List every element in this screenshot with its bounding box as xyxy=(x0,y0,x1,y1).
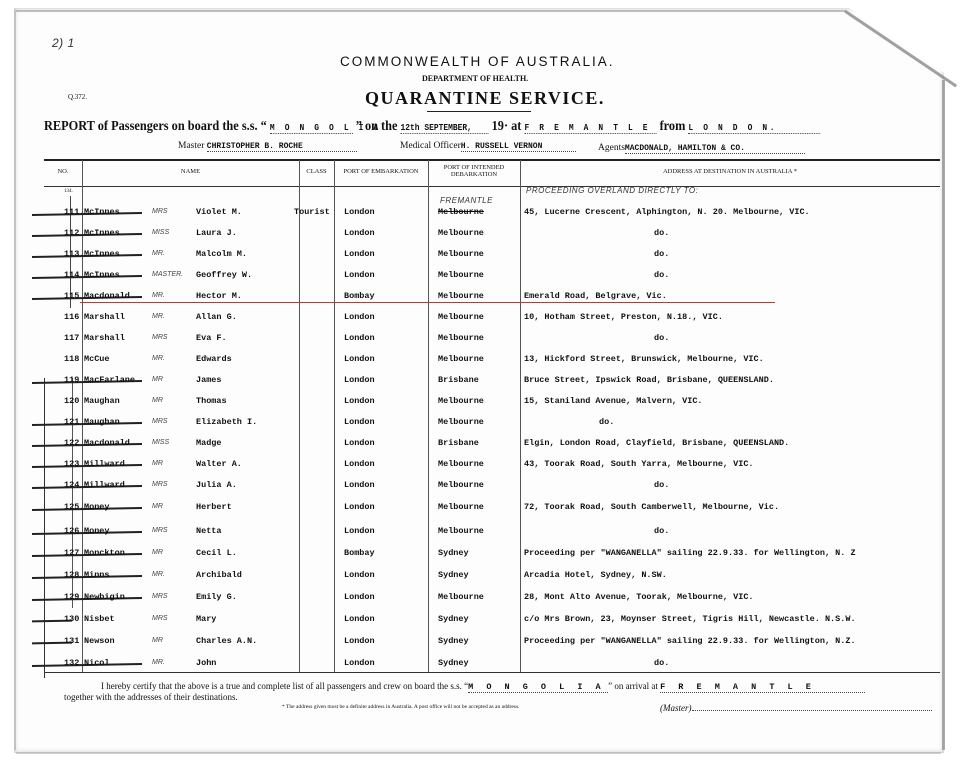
table-row: 115MacdonaldMR.Hector M.BombayMelbourneE… xyxy=(44,287,940,308)
table-bottom-rule xyxy=(44,672,940,673)
agents-line: AgentsMACDONALD, HAMILTON & CO. xyxy=(598,143,805,154)
destination-address: Arcadia Hotel, Sydney, N.SW. xyxy=(524,570,667,580)
certification-ship: M O N G O L I A xyxy=(468,682,608,693)
table-row: 124MillwardMRSJulia A.LondonMelbournedo. xyxy=(44,476,940,497)
table-row: 121MaughanMRSElizabeth I.LondonMelbourne… xyxy=(44,413,940,434)
passenger-given-name: Julia A. xyxy=(196,480,237,490)
passenger-no: 121 xyxy=(64,417,79,427)
passenger-given-name: Netta xyxy=(196,526,222,536)
table-row: 131NewsonMRCharles A.N.LondonSydneyProce… xyxy=(44,632,940,653)
passenger-given-name: Elizabeth I. xyxy=(196,417,257,427)
passenger-given-name: Mary xyxy=(196,614,216,624)
passenger-given-name: Emily G. xyxy=(196,592,237,602)
report-on-the: ” on the xyxy=(356,119,398,134)
port-debarkation: Melbourne xyxy=(438,459,484,469)
port-debarkation: Melbourne xyxy=(438,333,484,343)
port-debarkation: Melbourne xyxy=(438,592,484,602)
port-debarkation: Melbourne xyxy=(438,249,484,259)
destination-address: 43, Toorak Road, South Yarra, Melbourne,… xyxy=(524,459,754,469)
destination-address: do. xyxy=(654,228,669,238)
passenger-given-name: Edwards xyxy=(196,354,232,364)
port-embarkation: London xyxy=(344,658,375,668)
passenger-surname: Money xyxy=(84,526,110,536)
passenger-no: 127 xyxy=(64,548,79,558)
destination-address: Proceeding per "WANGANELLA" sailing 22.9… xyxy=(524,636,856,646)
port-debarkation: Sydney xyxy=(438,570,469,580)
passenger-given-name: Hector M. xyxy=(196,291,242,301)
port-debarkation: Melbourne xyxy=(438,312,484,322)
passenger-surname: Nisbet xyxy=(84,614,115,624)
ship-name: M O N G O L I A xyxy=(270,123,353,134)
certification-text: I hereby certify that the above is a tru… xyxy=(101,681,468,691)
destination-address: 13, Hickford Street, Brunswick, Melbourn… xyxy=(524,354,764,364)
medical-officer-line: Medical OfficerH. RUSSELL VERNON xyxy=(400,141,576,152)
passenger-given-name: Walter A. xyxy=(196,459,242,469)
passenger-surname: Macdonald xyxy=(84,438,130,448)
table-row: 130NisbetMRSMaryLondonSydneyc/o Mrs Brow… xyxy=(44,610,940,631)
passenger-no: 111. xyxy=(64,207,84,217)
passenger-surname: Nicol xyxy=(84,658,110,668)
header-debarkation: PORT OF INTENDED DEBARKATION xyxy=(432,164,516,178)
port-embarkation: London xyxy=(344,249,375,259)
passenger-surname: Newson xyxy=(84,636,115,646)
passenger-no: 120 xyxy=(64,396,79,406)
table-row: 117MarshallMRSEva F.LondonMelbournedo. xyxy=(44,329,940,350)
passenger-no: 123 xyxy=(64,459,79,469)
page-edge-top xyxy=(16,10,846,12)
passenger-no: 125. xyxy=(64,502,84,512)
passenger-title: MRS xyxy=(152,527,168,534)
passenger-surname: Millward xyxy=(84,459,125,469)
report-from: from xyxy=(660,119,686,134)
port-debarkation: Melbourne xyxy=(438,228,484,238)
passenger-title: MRS xyxy=(152,418,168,425)
destination-address: do. xyxy=(654,526,669,536)
address-footnote: * The address given must be a definite a… xyxy=(282,704,519,710)
passenger-no: 124 xyxy=(64,480,79,490)
destination-address: 72, Toorak Road, South Camberwell, Melbo… xyxy=(524,502,779,512)
passenger-surname: Maughan xyxy=(84,417,120,427)
department-label: DEPARTMENT OF HEALTH. xyxy=(422,74,528,83)
passenger-title: MRS xyxy=(152,334,168,341)
title-commonwealth: COMMONWEALTH OF AUSTRALIA. xyxy=(340,54,615,69)
passenger-given-name: Herbert xyxy=(196,502,232,512)
passenger-surname: McCue xyxy=(84,354,110,364)
master-signature-line: (Master) xyxy=(660,703,932,713)
destination-address: Elgin, London Road, Clayfield, Brisbane,… xyxy=(524,438,789,448)
table-row: 116MarshallMR.Allan G.LondonMelbourne10,… xyxy=(44,308,940,329)
passenger-no: 128 xyxy=(64,570,79,580)
header-no: NO. xyxy=(44,168,82,175)
header-class: CLASS xyxy=(299,168,334,175)
passenger-surname: Money xyxy=(84,502,110,512)
passenger-no: 132 xyxy=(64,658,79,668)
arrival-port: F R E M A N T L E xyxy=(524,123,656,134)
port-debarkation: Melbourne xyxy=(438,291,484,301)
table-row: 111.McInnesMRSViolet M.TouristLondonMelb… xyxy=(44,203,940,224)
passenger-surname: McInnes xyxy=(84,228,120,238)
passenger-surname: Newbigin xyxy=(84,592,125,602)
port-embarkation: London xyxy=(344,480,375,490)
medical-officer-label: Medical Officer xyxy=(400,141,461,151)
port-embarkation: London xyxy=(344,354,375,364)
destination-address: do. xyxy=(654,270,669,280)
table-row: 123MillwardMRWalter A.LondonMelbourne43,… xyxy=(44,455,940,476)
port-debarkation: Sydney xyxy=(438,548,469,558)
master-name: CHRISTOPHER B. ROCHE xyxy=(207,142,357,152)
destination-address: 28, Mont Alto Avenue, Toorak, Melbourne,… xyxy=(524,592,754,602)
table-row: 122MacdonaldMISSMadgeLondonBrisbaneElgin… xyxy=(44,434,940,455)
master-signature-label: (Master) xyxy=(660,703,692,713)
passenger-given-name: Eva F. xyxy=(196,333,227,343)
table-header-rule xyxy=(44,186,940,187)
port-debarkation: Sydney xyxy=(438,658,469,668)
page-edge-left xyxy=(14,10,16,750)
port-embarkation: London xyxy=(344,396,375,406)
report-date: 12th SEPTEMBER, xyxy=(401,123,489,134)
passenger-title: MASTER. xyxy=(152,271,183,278)
table-top-rule xyxy=(44,159,940,161)
passenger-no: 122 xyxy=(64,438,79,448)
passenger-surname: McInnes xyxy=(84,207,120,217)
port-debarkation: Melbourne xyxy=(438,270,484,280)
passenger-given-name: Madge xyxy=(196,438,222,448)
passenger-title: MR. xyxy=(152,313,165,320)
port-embarkation: Bombay xyxy=(344,548,375,558)
passenger-title: MRS xyxy=(152,481,168,488)
passenger-title: MR xyxy=(152,376,163,383)
passenger-title: MR xyxy=(152,637,163,644)
passenger-no: 113. xyxy=(64,249,84,259)
port-debarkation: Melbourne xyxy=(438,480,484,490)
page-edge-bottom xyxy=(16,752,941,754)
port-embarkation: London xyxy=(344,375,375,385)
report-year: 19· xyxy=(492,119,508,134)
passenger-no: 131 xyxy=(64,636,79,646)
port-embarkation: London xyxy=(344,333,375,343)
title-rule xyxy=(427,111,531,112)
passenger-no: 114 xyxy=(64,270,79,280)
passenger-given-name: Cecil L. xyxy=(196,548,237,558)
passenger-title: MR. xyxy=(152,250,165,257)
master-label: Master xyxy=(178,141,204,151)
passenger-given-name: Allan G. xyxy=(196,312,237,322)
form-code: Q.372. xyxy=(68,93,87,101)
table-row: 112McInnesMISSLaura J.LondonMelbournedo. xyxy=(44,224,940,245)
passenger-title: MRS xyxy=(152,593,168,600)
table-row: 125.MoneyMRHerbertLondonMelbourne72, Too… xyxy=(44,498,940,519)
passenger-surname: Monckton xyxy=(84,548,125,558)
passenger-surname: McInnes xyxy=(84,249,120,259)
passenger-title: MR. xyxy=(152,292,165,299)
table-row: 120MaughanMRThomasLondonMelbourne15, Sta… xyxy=(44,392,940,413)
passenger-surname: Macdonald xyxy=(84,291,130,301)
passenger-class: Tourist xyxy=(294,207,330,217)
passenger-title: MRS xyxy=(152,208,168,215)
port-embarkation: London xyxy=(344,438,375,448)
master-line: Master CHRISTOPHER B. ROCHE xyxy=(178,141,357,152)
table-row: 119MacFarlaneMRJamesLondonBrisbaneBruce … xyxy=(44,371,940,392)
port-embarkation: London xyxy=(344,526,375,536)
passenger-given-name: Archibald xyxy=(196,570,242,580)
passenger-given-name: John xyxy=(196,658,216,668)
passenger-surname: Millward xyxy=(84,480,125,490)
master-signature-field xyxy=(692,710,932,711)
sheet-number: 134. xyxy=(64,189,73,194)
passenger-no: 116 xyxy=(64,312,79,322)
margin-annotation: 2) 1 xyxy=(52,36,75,50)
port-debarkation: Sydney xyxy=(438,614,469,624)
port-embarkation: London xyxy=(344,614,375,624)
passenger-given-name: Geoffrey W. xyxy=(196,270,252,280)
table-row: 128MinnsMR.ArchibaldLondonSydneyArcadia … xyxy=(44,566,940,587)
passenger-title: MR. xyxy=(152,571,165,578)
passenger-no: 115 xyxy=(64,291,79,301)
table-row: 118McCueMR.EdwardsLondonMelbourne13, Hic… xyxy=(44,350,940,371)
passenger-given-name: James xyxy=(196,375,222,385)
certification-line-2: together with the addresses of their des… xyxy=(64,692,238,702)
certification-on-arrival: ” on arrival at xyxy=(608,681,658,691)
destination-address: do. xyxy=(599,417,614,427)
port-embarkation: London xyxy=(344,592,375,602)
header-embarkation: PORT OF EMBARKATION xyxy=(334,168,428,175)
port-debarkation: Melbourne xyxy=(438,207,484,217)
passenger-title: MRS xyxy=(152,615,168,622)
passenger-title: MR xyxy=(152,397,163,404)
destination-address: do. xyxy=(654,333,669,343)
passenger-title: MISS xyxy=(152,439,169,446)
port-debarkation: Brisbane xyxy=(438,375,479,385)
port-embarkation: London xyxy=(344,417,375,427)
passenger-title: MR. xyxy=(152,659,165,666)
passenger-no: 129 xyxy=(64,592,79,602)
handwritten-overland-note: PROCEEDING OVERLAND DIRECTLY TO: xyxy=(526,186,698,195)
destination-address: do. xyxy=(654,658,669,668)
passenger-title: MISS xyxy=(152,229,169,236)
passenger-title: MR xyxy=(152,460,163,467)
header-address: ADDRESS AT DESTINATION IN AUSTRALIA * xyxy=(520,168,940,175)
passenger-surname: Marshall xyxy=(84,333,125,343)
table-row: 129NewbiginMRSEmily G.LondonMelbourne28,… xyxy=(44,588,940,609)
page-title: QUARANTINE SERVICE. xyxy=(365,88,605,109)
table-row: 114McInnesMASTER.Geoffrey W.LondonMelbou… xyxy=(44,266,940,287)
passenger-no: 118 xyxy=(64,354,79,364)
destination-address: Proceeding per "WANGANELLA" sailing 22.9… xyxy=(524,548,856,558)
destination-address: 15, Staniland Avenue, Malvern, VIC. xyxy=(524,396,703,406)
port-debarkation: Melbourne xyxy=(438,526,484,536)
port-embarkation: London xyxy=(344,502,375,512)
certification-port: F R E M A N T L E xyxy=(660,682,865,693)
destination-address: 45, Lucerne Crescent, Alphington, N. 20.… xyxy=(524,207,810,217)
port-embarkation: London xyxy=(344,270,375,280)
passenger-no: 119 xyxy=(64,375,79,385)
port-debarkation: Melbourne xyxy=(438,354,484,364)
port-embarkation: Bombay xyxy=(344,291,375,301)
port-debarkation: Sydney xyxy=(438,636,469,646)
passenger-given-name: Malcolm M. xyxy=(196,249,247,259)
table-row: 127MoncktonMRCecil L.BombaySydneyProceed… xyxy=(44,544,940,565)
medical-officer-name: H. RUSSELL VERNON xyxy=(461,142,576,152)
port-embarkation: London xyxy=(344,312,375,322)
passenger-no: 112 xyxy=(64,228,79,238)
agents-label: Agents xyxy=(598,143,625,153)
passenger-no: 126 xyxy=(64,526,79,536)
passenger-title: MR. xyxy=(152,355,165,362)
table-row: 113.McInnesMR.Malcolm M.LondonMelbourned… xyxy=(44,245,940,266)
passenger-surname: MacFarlane xyxy=(84,375,135,385)
table-row: 126MoneyMRSNettaLondonMelbournedo. xyxy=(44,522,940,543)
destination-address: Emerald Road, Belgrave, Vic. xyxy=(524,291,667,301)
header-name: NAME xyxy=(82,168,299,175)
passenger-given-name: Charles A.N. xyxy=(196,636,257,646)
port-debarkation: Brisbane xyxy=(438,438,479,448)
page-edge-right xyxy=(942,80,945,750)
passenger-no: 117 xyxy=(64,333,79,343)
port-embarkation: London xyxy=(344,459,375,469)
passenger-title: MR xyxy=(152,503,163,510)
report-prefix: REPORT of Passengers on board the s.s. “ xyxy=(44,119,267,134)
port-embarkation: London xyxy=(344,570,375,580)
port-debarkation: Melbourne xyxy=(438,502,484,512)
port-debarkation: Melbourne xyxy=(438,396,484,406)
passenger-no: 130 xyxy=(64,614,79,624)
destination-address: do. xyxy=(654,480,669,490)
origin-port: L O N D O N. xyxy=(688,123,820,134)
passenger-given-name: Laura J. xyxy=(196,228,237,238)
report-at: at xyxy=(511,119,521,134)
passenger-given-name: Thomas xyxy=(196,396,227,406)
passenger-surname: Maughan xyxy=(84,396,120,406)
port-embarkation: London xyxy=(344,207,375,217)
destination-address: do. xyxy=(654,249,669,259)
destination-address: Bruce Street, Ipswick Road, Brisbane, QU… xyxy=(524,375,774,385)
port-embarkation: London xyxy=(344,636,375,646)
agents-name: MACDONALD, HAMILTON & CO. xyxy=(625,144,805,154)
passenger-surname: McInnes xyxy=(84,270,120,280)
passenger-title: MR xyxy=(152,549,163,556)
passenger-surname: Marshall xyxy=(84,312,125,322)
port-embarkation: London xyxy=(344,228,375,238)
report-line: REPORT of Passengers on board the s.s. “… xyxy=(44,119,820,135)
passenger-given-name: Violet M. xyxy=(196,207,242,217)
destination-address: c/o Mrs Brown, 23, Moynser Street, Tigri… xyxy=(524,614,856,624)
destination-address: 10, Hotham Street, Preston, N.18., VIC. xyxy=(524,312,723,322)
passenger-surname: Minns xyxy=(84,570,110,580)
port-debarkation: Melbourne xyxy=(438,417,484,427)
